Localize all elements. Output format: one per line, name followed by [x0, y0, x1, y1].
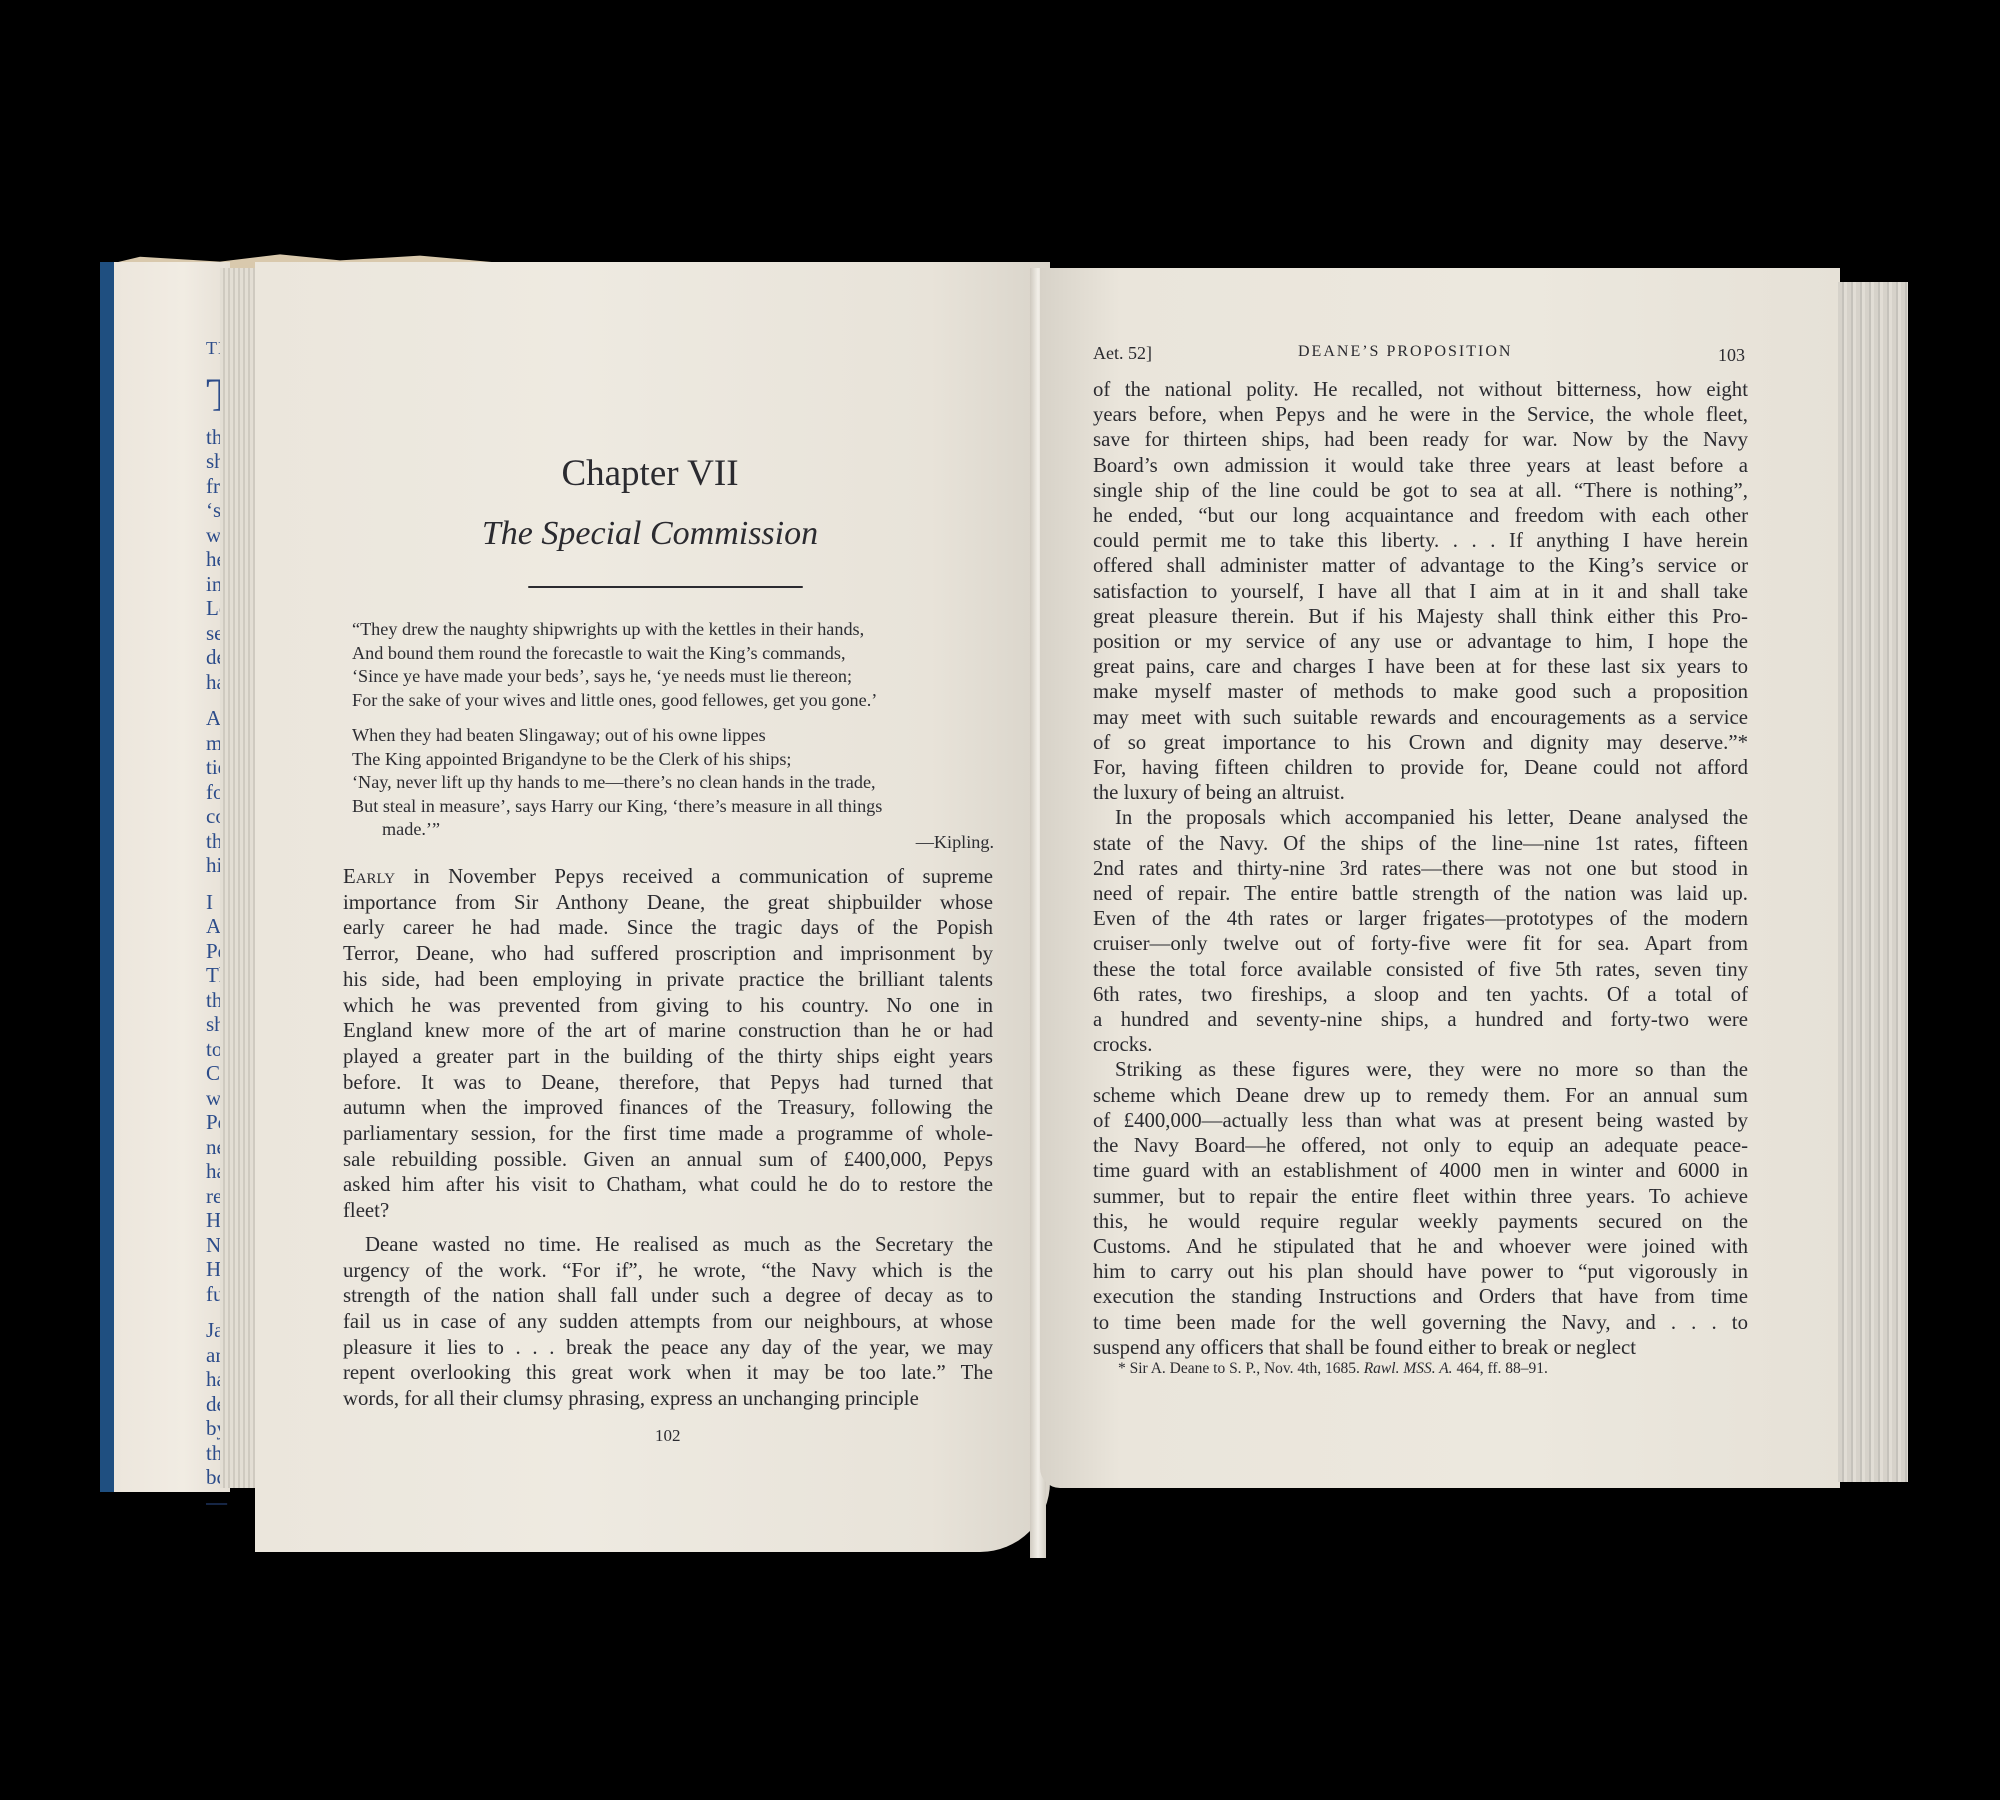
epigraph: “They drew the naughty shipwrights up wi…: [352, 618, 994, 854]
epigraph-line: The King appointed Brigandyne to be the …: [352, 748, 994, 772]
text-line: him to carry out his plan should have po…: [1093, 1259, 1748, 1284]
text-line: urgency of the work. “For if”, he wrote,…: [343, 1258, 993, 1284]
text-line: he ended, “but our long acquaintance and…: [1093, 503, 1748, 528]
epigraph-stanza: “They drew the naughty shipwrights up wi…: [352, 618, 994, 712]
text-line: a hundred and seventy-nine ships, a hund…: [1093, 1007, 1748, 1032]
text-line: fleet?: [343, 1198, 993, 1224]
text-line: of £400,000—actually less than what was …: [1093, 1108, 1748, 1133]
footnote-text: Sir A. Deane to S. P., Nov. 4th, 1685.: [1126, 1360, 1364, 1377]
footnote: * Sir A. Deane to S. P., Nov. 4th, 1685.…: [1118, 1360, 1758, 1378]
paragraph: of the national polity. He recalled, not…: [1093, 377, 1748, 805]
text-line: great pains, care and charges I have bee…: [1093, 654, 1748, 679]
text-line: offered shall administer matter of advan…: [1093, 553, 1748, 578]
epigraph-line: ‘Since ye have made your beds’, says he,…: [352, 665, 994, 689]
text-line: this, he would require regular weekly pa…: [1093, 1209, 1748, 1234]
flap-rule: —: [206, 1490, 246, 1515]
text-line: cruiser—only twelve out of forty-five we…: [1093, 931, 1748, 956]
text-line: fail us in case of any sudden attempts f…: [343, 1309, 993, 1335]
text-line: Terror, Deane, who had suffered proscrip…: [343, 941, 993, 967]
text-line: make myself master of methods to make go…: [1093, 679, 1748, 704]
text-line: to time been made for the well governing…: [1093, 1310, 1748, 1335]
text-line: position or my service of any use or adv…: [1093, 629, 1748, 654]
chapter-divider-rule: [528, 586, 803, 588]
text-line: For, having fifteen children to provide …: [1093, 755, 1748, 780]
text-line: single ship of the line could be got to …: [1093, 478, 1748, 503]
text-line: parliamentary session, for the first tim…: [343, 1121, 993, 1147]
text-line: repent overlooking this great work when …: [343, 1360, 993, 1386]
drop-smallcaps: Early: [343, 865, 395, 888]
text-line: before. It was to Deane, therefore, that…: [343, 1070, 993, 1096]
left-page-body: Early in November Pepys received a commu…: [343, 864, 993, 1412]
text-line: In the proposals which accompanied his l…: [1093, 805, 1748, 830]
text-line: sale rebuilding possible. Given an annua…: [343, 1147, 993, 1173]
text-line: these the total force available consiste…: [1093, 957, 1748, 982]
text-line: could permit me to take this liberty. . …: [1093, 528, 1748, 553]
text-line: strength of the nation shall fall under …: [343, 1283, 993, 1309]
text-line: 2nd rates and thirty-nine 3rd rates—ther…: [1093, 856, 1748, 881]
text-line: state of the Navy. Of the ships of the l…: [1093, 831, 1748, 856]
text-line: Board’s own admission it would take thre…: [1093, 453, 1748, 478]
text-line: played a greater part in the building of…: [343, 1044, 993, 1070]
text-line: importance from Sir Anthony Deane, the g…: [343, 890, 993, 916]
left-page-edges: [220, 268, 260, 1488]
epigraph-attribution: —Kipling.: [352, 831, 994, 855]
right-page-edges: [1838, 282, 1908, 1482]
text-line: 6th rates, two fireships, a sloop and te…: [1093, 982, 1748, 1007]
text-line: asked him after his visit to Chatham, wh…: [343, 1172, 993, 1198]
text-line: satisfaction to yourself, I have all tha…: [1093, 579, 1748, 604]
epigraph-line: And bound them round the forecastle to w…: [352, 642, 994, 666]
paragraph: Striking as these figures were, they wer…: [1093, 1057, 1748, 1359]
paragraph: Early in November Pepys received a commu…: [343, 864, 993, 1224]
text-line: time guard with an establishment of 4000…: [1093, 1158, 1748, 1183]
footnote-folios: 464, ff. 88–91.: [1453, 1360, 1548, 1377]
text-line: Even of the 4th rates or larger frigates…: [1093, 906, 1748, 931]
page-number-right: 103: [1718, 345, 1745, 366]
text-line: summer, but to repair the entire fleet w…: [1093, 1184, 1748, 1209]
chapter-title: The Special Commission: [330, 515, 970, 553]
text-line: crocks.: [1093, 1032, 1748, 1057]
text-line: great pleasure therein. But if his Majes…: [1093, 604, 1748, 629]
epigraph-line: When they had beaten Slingaway; out of h…: [352, 724, 994, 748]
text-line: of the national polity. He recalled, not…: [1093, 377, 1748, 402]
paragraph: In the proposals which accompanied his l…: [1093, 805, 1748, 1057]
text-line: the luxury of being an altruist.: [1093, 780, 1748, 805]
text-line: words, for all their clumsy phrasing, ex…: [343, 1386, 993, 1412]
chapter-number: Chapter VII: [330, 452, 970, 495]
text-line: save for thirteen ships, had been ready …: [1093, 427, 1748, 452]
epigraph-line: But steal in measure’, says Harry our Ki…: [352, 795, 994, 819]
running-head-age: Aet. 52]: [1093, 343, 1152, 364]
footnote-source: Rawl. MSS. A.: [1364, 1360, 1453, 1377]
text-line: early career he had made. Since the trag…: [343, 915, 993, 941]
text-line: may meet with such suitable rewards and …: [1093, 705, 1748, 730]
page-number-left: 102: [655, 1426, 681, 1446]
text-line: which he was prevented from giving to hi…: [343, 993, 993, 1019]
paragraph: Deane wasted no time. He realised as muc…: [343, 1232, 993, 1412]
text-line: scheme which Deane drew up to remedy the…: [1093, 1083, 1748, 1108]
text-line: years before, when Pepys and he were in …: [1093, 402, 1748, 427]
text-line: suspend any officers that shall be found…: [1093, 1335, 1748, 1360]
open-book: TH T theshifro‘saywerheainteLosecdeshar …: [0, 0, 2000, 1800]
text-line: England knew more of the art of marine c…: [343, 1018, 993, 1044]
text-line: the Navy Board—he offered, not only to e…: [1093, 1133, 1748, 1158]
text-line: his side, had been employing in private …: [343, 967, 993, 993]
running-head-title: DEANE’S PROPOSITION: [1298, 343, 1512, 361]
text-line: Deane wasted no time. He realised as muc…: [343, 1232, 993, 1258]
text-line: pleasure it lies to . . . break the peac…: [343, 1335, 993, 1361]
text-line: of so great importance to his Crown and …: [1093, 730, 1748, 755]
text-line: need of repair. The entire battle streng…: [1093, 881, 1748, 906]
epigraph-stanza: When they had beaten Slingaway; out of h…: [352, 724, 994, 842]
epigraph-line: ‘Nay, never lift up thy hands to me—ther…: [352, 771, 994, 795]
epigraph-line: For the sake of your wives and little on…: [352, 689, 994, 713]
text-line: Customs. And he stipulated that he and w…: [1093, 1234, 1748, 1259]
dust-jacket-flap: TH T theshifro‘saywerheainteLosecdeshar …: [100, 262, 230, 1492]
text-line: Striking as these figures were, they wer…: [1093, 1057, 1748, 1082]
right-page-body: of the national polity. He recalled, not…: [1093, 377, 1748, 1360]
text-line: execution the standing Instructions and …: [1093, 1284, 1748, 1309]
text-line: Early in November Pepys received a commu…: [343, 864, 993, 890]
text-line: autumn when the improved finances of the…: [343, 1095, 993, 1121]
footnote-marker: *: [1118, 1360, 1126, 1377]
epigraph-line: “They drew the naughty shipwrights up wi…: [352, 618, 994, 642]
